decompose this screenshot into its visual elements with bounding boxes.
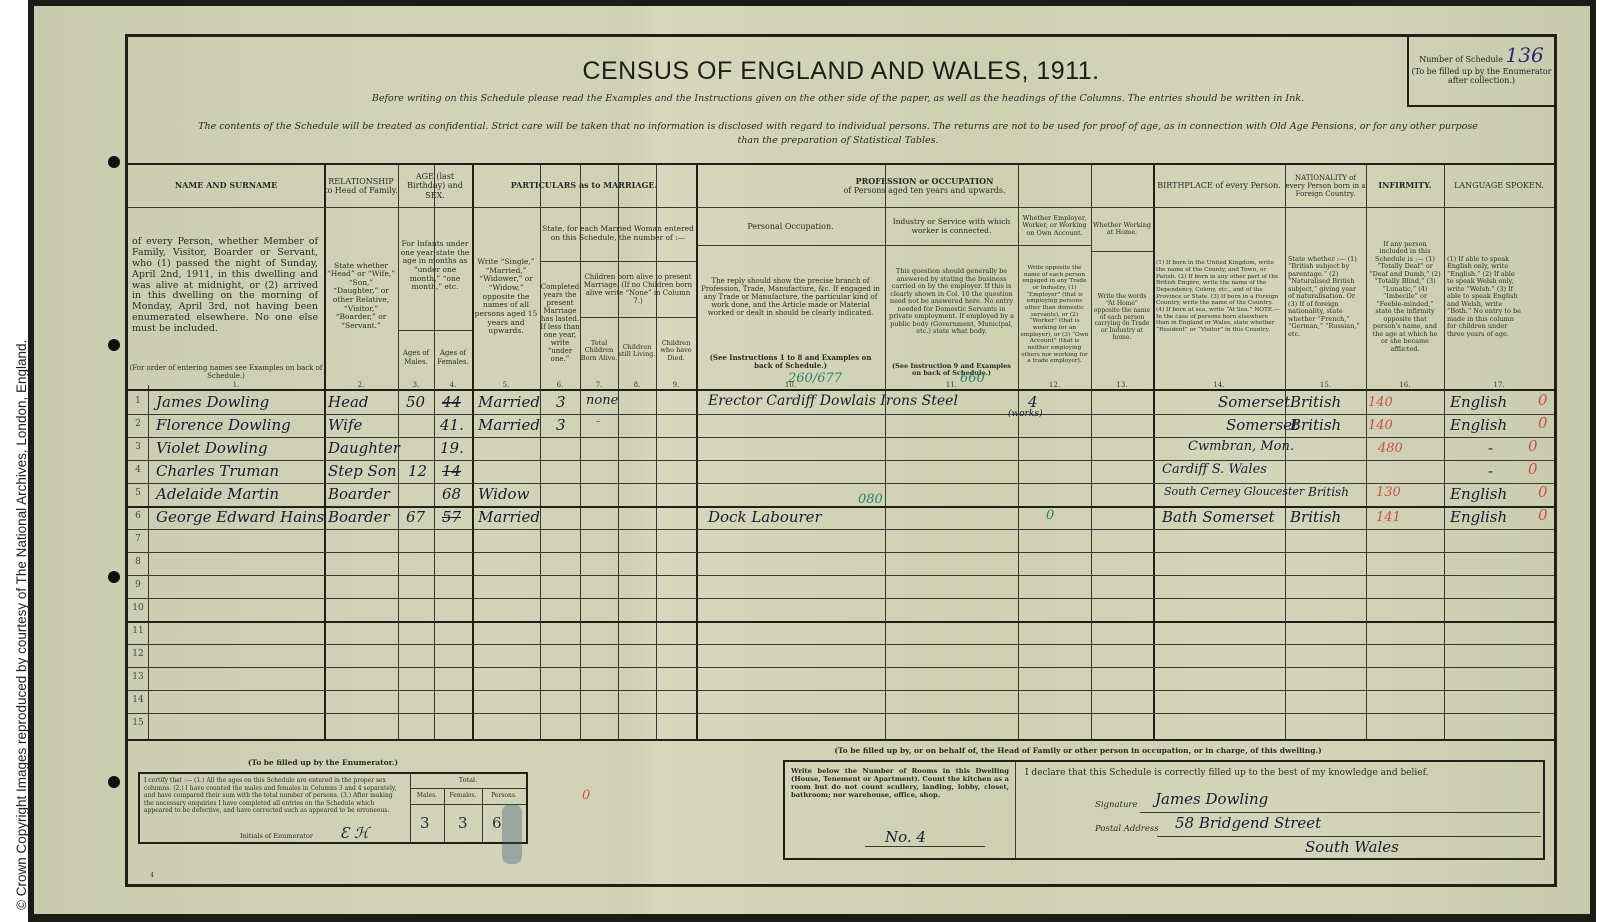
col-desc-marriage-state: State, for each Married Woman entered on… — [540, 209, 696, 259]
row-number: 13 — [128, 672, 148, 682]
schedule-note: (To be filled up by the Enumerator after… — [1409, 67, 1554, 85]
initials-label: Initials of Enumerator — [240, 832, 313, 840]
confidential-line: The contents of the Schedule will be tre… — [138, 121, 1538, 132]
infirmity-code: 140 — [1368, 418, 1393, 433]
rooms-instructions: Write below the Number of Rooms in this … — [791, 767, 1009, 799]
credit-text: © Crown Copyright Images reproduced by c… — [14, 340, 29, 910]
children-total: none — [586, 393, 618, 408]
age-male: 67 — [406, 508, 425, 526]
infirmity-code: 141 — [1376, 510, 1401, 525]
col-header-age-females: Ages of Females. — [434, 330, 472, 385]
col-desc-industry: This question should generally be answer… — [888, 247, 1015, 357]
col-number: 15. — [1285, 381, 1366, 389]
col-desc-employer: Write opposite the name of each person e… — [1020, 247, 1089, 383]
language: - — [1488, 462, 1493, 480]
age-male: 50 — [406, 393, 425, 411]
col-desc-language: (1) If able to speak English only, write… — [1447, 211, 1523, 383]
punch-hole-icon — [108, 156, 120, 168]
total-persons: 6 — [492, 814, 502, 832]
row-number: 6 — [128, 511, 148, 521]
page-title: CENSUS OF ENGLAND AND WALES, 1911. — [128, 57, 1554, 86]
col-header-children-living: Children still Living. — [618, 319, 656, 383]
col-number: 8. — [618, 381, 656, 389]
address-line-1: 58 Bridgend Street — [1175, 814, 1321, 832]
infirmity-code: 130 — [1376, 485, 1401, 500]
infirmity-code: 140 — [1368, 395, 1393, 410]
ink-blot — [502, 804, 522, 864]
row-number: 12 — [128, 649, 148, 659]
punch-hole-icon — [108, 339, 120, 351]
relationship: Boarder — [328, 485, 390, 503]
col-header-relationship: RELATIONSHIP to Head of Family. — [324, 165, 398, 207]
enumerator-initials: Ɛ ℋ — [340, 824, 369, 842]
col-desc-personal-occupation: The reply should show the precise branch… — [700, 247, 881, 347]
nationality: British — [1290, 393, 1341, 411]
relationship: Boarder — [328, 508, 390, 526]
col-number: 16. — [1366, 381, 1444, 389]
col-number: 12. — [1018, 381, 1091, 389]
head-heading: (To be filled up by, or on behalf of, th… — [608, 746, 1548, 755]
col-header-industry: Industry or Service with which worker is… — [885, 209, 1018, 245]
col-number: 7. — [580, 381, 618, 389]
language-code: 0 — [1538, 391, 1548, 409]
language-code: 0 — [1528, 460, 1538, 478]
total-label: Total. — [410, 776, 526, 784]
schedule-label: Number of Schedule — [1419, 55, 1503, 64]
col-header-name: NAME AND SURNAME — [128, 165, 324, 207]
col-header-personal-occupation: Personal Occupation. — [696, 209, 885, 245]
col-number: 6. — [540, 381, 580, 389]
col-number: 14. — [1153, 381, 1285, 389]
footer-mark: 4 — [150, 872, 154, 879]
employer-status: 4 — [1028, 393, 1038, 411]
col-desc-birthplace: (1) If born in the United Kingdom, write… — [1156, 211, 1282, 383]
language-code: 0 — [1538, 414, 1548, 432]
total-males: 3 — [420, 814, 430, 832]
age-female: 44 — [442, 393, 461, 411]
males-label: Males. — [410, 792, 444, 799]
col-number: 1. — [148, 381, 324, 389]
birthplace: Somerset — [1226, 416, 1298, 434]
person-name: Violet Dowling — [156, 439, 268, 457]
relationship: Head — [328, 393, 369, 411]
birthplace: Somerset — [1218, 393, 1290, 411]
col-desc-age: For Infants under one year state the age… — [400, 211, 470, 321]
children-total: - — [596, 414, 600, 429]
language: English — [1450, 508, 1507, 526]
col-number: 5. — [472, 381, 540, 389]
row-number: 2 — [128, 419, 148, 429]
col-header-marriage: PARTICULARS as to MARRIAGE. — [472, 165, 696, 207]
person-name: James Dowling — [156, 393, 269, 411]
person-name: George Edward Hains — [156, 508, 324, 526]
row-number: 11 — [128, 626, 148, 636]
row-number: 7 — [128, 534, 148, 544]
person-name: Adelaide Martin — [156, 485, 279, 503]
schedule-number-box: Number of Schedule 136 (To be filled up … — [1407, 37, 1554, 107]
enumerator-heading: (To be filled up by the Enumerator.) — [128, 758, 518, 767]
occupation-code: 080 — [858, 492, 883, 507]
paper: CENSUS OF ENGLAND AND WALES, 1911. Befor… — [34, 6, 1590, 914]
col-note-name: (For order of entering names see Example… — [128, 361, 324, 383]
marital-status: Married — [478, 508, 540, 526]
schedule-number: 136 — [1506, 43, 1544, 67]
col-number: 17. — [1444, 381, 1554, 389]
person-name: Florence Dowling — [156, 416, 291, 434]
marital-status: Married — [478, 393, 540, 411]
marriage-years: 3 — [556, 416, 566, 434]
col-desc-marriage-write: Write “Single,” “Married,” “Widower,” or… — [474, 211, 538, 383]
age-male: 12 — [408, 462, 427, 480]
nationality: British — [1290, 508, 1341, 526]
col-desc-marriage-children: Children born alive to present Marriage.… — [580, 263, 696, 315]
language: English — [1450, 485, 1507, 503]
instruction-line: Before writing on this Schedule please r… — [218, 93, 1458, 104]
signature: James Dowling — [1155, 790, 1268, 808]
col-number: 4. — [434, 381, 472, 389]
bottom-section: (To be filled up by the Enumerator.) I c… — [128, 742, 1554, 882]
col-note-industry: (See Instruction 9 and Examples on back … — [888, 357, 1015, 383]
row-number: 3 — [128, 442, 148, 452]
col-header-age-males: Ages of Males. — [398, 330, 434, 385]
language-code: 0 — [1528, 437, 1538, 455]
col-number: 2. — [324, 381, 398, 389]
occupation: Erector Cardiff Dowlais Irons Steel — [708, 393, 958, 409]
row-number: 10 — [128, 603, 148, 613]
punch-hole-icon — [108, 776, 120, 788]
language: - — [1488, 439, 1493, 457]
col-number: 9. — [656, 381, 696, 389]
age-female: 57 — [442, 508, 461, 526]
language: English — [1450, 416, 1507, 434]
nationality: British — [1290, 416, 1341, 434]
total-females: 3 — [458, 814, 468, 832]
col-header-employer: Whether Employer, Worker, or Working on … — [1018, 209, 1091, 243]
age-female: 19. — [440, 439, 464, 457]
occupation: Dock Labourer — [708, 508, 822, 526]
marital-status: Widow — [478, 485, 529, 503]
census-sheet: CENSUS OF ENGLAND AND WALES, 1911. Befor… — [28, 0, 1596, 922]
rooms-count: No. 4 — [885, 828, 926, 846]
age-female: 68 — [442, 485, 461, 503]
col-number: 3. — [398, 381, 434, 389]
col-desc-infirmity: If any person included in this Schedule … — [1369, 211, 1441, 383]
language-code: 0 — [1538, 506, 1548, 524]
copyright-credit: © Crown Copyright Images reproduced by c… — [0, 0, 28, 922]
col-header-home: Whether Working at Home. — [1091, 209, 1153, 249]
col-desc-home: Write the words “At Home” opposite the n… — [1093, 253, 1151, 383]
col-header-children-total: Total Children Born Alive. — [580, 319, 618, 383]
birthplace: Cardiff S. Wales — [1162, 462, 1267, 477]
nationality: British — [1308, 485, 1349, 499]
col-header-language: LANGUAGE SPOKEN. — [1444, 165, 1554, 207]
confidential-line-2: than the preparation of Statistical Tabl… — [138, 135, 1538, 146]
enumerator-certificate-box: I certify that :— (1.) All the ages on t… — [138, 772, 528, 844]
employer-status: 0 — [1046, 508, 1054, 523]
col-desc-name: of every Person, whether Member of Famil… — [132, 211, 318, 361]
schedule-frame: CENSUS OF ENGLAND AND WALES, 1911. Befor… — [125, 34, 1557, 887]
certify-text: I certify that :— (1.) All the ages on t… — [144, 777, 404, 815]
row-number: 4 — [128, 465, 148, 475]
col-number: 13. — [1091, 381, 1153, 389]
row-number: 15 — [128, 718, 148, 728]
birthplace: Cwmbran, Mon. — [1188, 439, 1294, 454]
row-number: 9 — [128, 580, 148, 590]
red-mark: 0 — [582, 788, 590, 803]
col-desc-nationality: State whether :— (1) “British subject by… — [1288, 211, 1363, 383]
row-number: 14 — [128, 695, 148, 705]
infirmity-code: 480 — [1378, 441, 1403, 456]
relationship: Step Son — [328, 462, 397, 480]
marital-status: Married — [478, 416, 540, 434]
declaration-text: I declare that this Schedule is correctl… — [1025, 768, 1429, 778]
address-label: Postal Address — [1095, 824, 1159, 834]
birthplace: Bath Somerset — [1162, 508, 1275, 526]
occupation-code: 260/677 — [788, 371, 842, 386]
col-header-age: AGE (last Birthday) and SEX. — [398, 165, 472, 207]
birthplace: South Cerney Gloucester — [1164, 485, 1304, 498]
col-header-birthplace: BIRTHPLACE of every Person. — [1153, 165, 1285, 207]
col-desc-marriage-years: Completed years the present Marriage has… — [540, 263, 580, 383]
age-female: 14 — [442, 462, 461, 480]
language-code: 0 — [1538, 483, 1548, 501]
row-number: 5 — [128, 488, 148, 498]
col-desc-relationship: State whether “Head” or “Wife,” “Son,” “… — [326, 211, 396, 381]
punch-hole-icon — [108, 571, 120, 583]
language: English — [1450, 393, 1507, 411]
col-header-nationality: NATIONALITY of every Person born in a Fo… — [1285, 165, 1366, 207]
row-number: 1 — [128, 396, 148, 406]
col-header-occupation: PROFESSION or OCCUPATIONof Persons aged … — [696, 165, 1153, 207]
person-name: Charles Truman — [156, 462, 279, 480]
relationship: Daughter — [328, 439, 400, 457]
col-number: 11. — [885, 381, 1018, 389]
persons-label: Persons. — [482, 792, 526, 799]
col-header-children-died: Children who have Died. — [656, 319, 696, 383]
marriage-years: 3 — [556, 393, 566, 411]
address-line-2: South Wales — [1305, 838, 1399, 856]
census-table: NAME AND SURNAME of every Person, whethe… — [128, 163, 1554, 741]
head-declaration-box: Write below the Number of Rooms in this … — [783, 760, 1545, 860]
row-number: 8 — [128, 557, 148, 567]
signature-label: Signature — [1095, 800, 1138, 810]
age-female: 41. — [440, 416, 464, 434]
relationship: Wife — [328, 416, 362, 434]
industry-code: 660 — [960, 371, 985, 386]
females-label: Females. — [444, 792, 482, 799]
col-header-infirmity: INFIRMITY. — [1366, 165, 1444, 207]
